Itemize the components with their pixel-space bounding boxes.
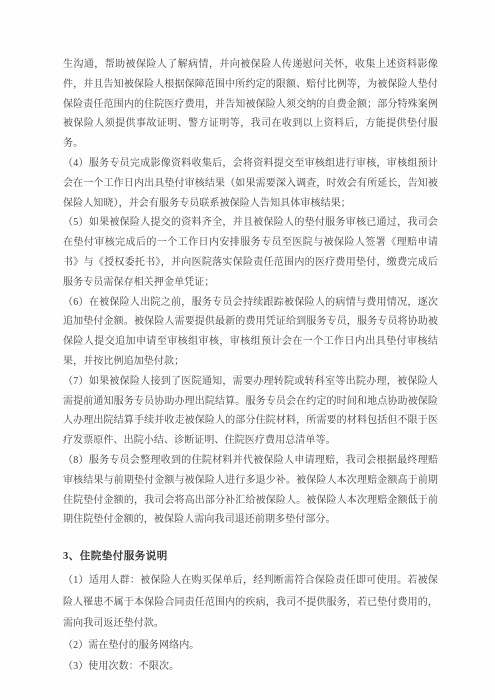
paragraph-item-4: （4）服务专员完成影像资料收集后，会将资料提交至审核组进行审核，审核组预计会在一… — [63, 154, 438, 213]
note-item-3: （3）使用次数：不限次。 — [63, 656, 438, 678]
note-item-1: （1）适用人群：被保险人在购买保单后，经判断需符合保险责任即可使用。若被保险人罹… — [63, 570, 438, 635]
paragraph-item-6: （6）在被保险人出院之前，服务专员会持续跟踪被保险人的病情与费用情况，逐次追加垫… — [63, 293, 438, 372]
paragraph-item-5: （5）如果被保险人提交的资料齐全，并且被保险人的垫付服务审核已通过，我司会在垫付… — [63, 213, 438, 292]
paragraph-item-7: （7）如果被保险人接到了医院通知，需要办理转院或转科室等出院办理，被保险人需提前… — [63, 372, 438, 451]
section-notes: （1）适用人群：被保险人在购买保单后，经判断需符合保险责任即可使用。若被保险人罹… — [63, 570, 438, 678]
document-body: 生沟通，帮助被保险人了解病情，并向被保险人传递慰问关怀，收集上述资料影像件，并且… — [63, 55, 438, 530]
paragraph-continuation: 生沟通，帮助被保险人了解病情，并向被保险人传递慰问关怀，收集上述资料影像件，并且… — [63, 55, 438, 154]
document-page: 生沟通，帮助被保险人了解病情，并向被保险人传递慰问关怀，收集上述资料影像件，并且… — [0, 0, 495, 700]
note-item-2: （2）需在垫付的服务网络内。 — [63, 635, 438, 657]
section-heading: 3、住院垫付服务说明 — [63, 547, 438, 567]
paragraph-item-8: （8）服务专员会整理收到的住院材料并代被保险人申请理赔，我司会根据最终理赔审核结… — [63, 451, 438, 530]
